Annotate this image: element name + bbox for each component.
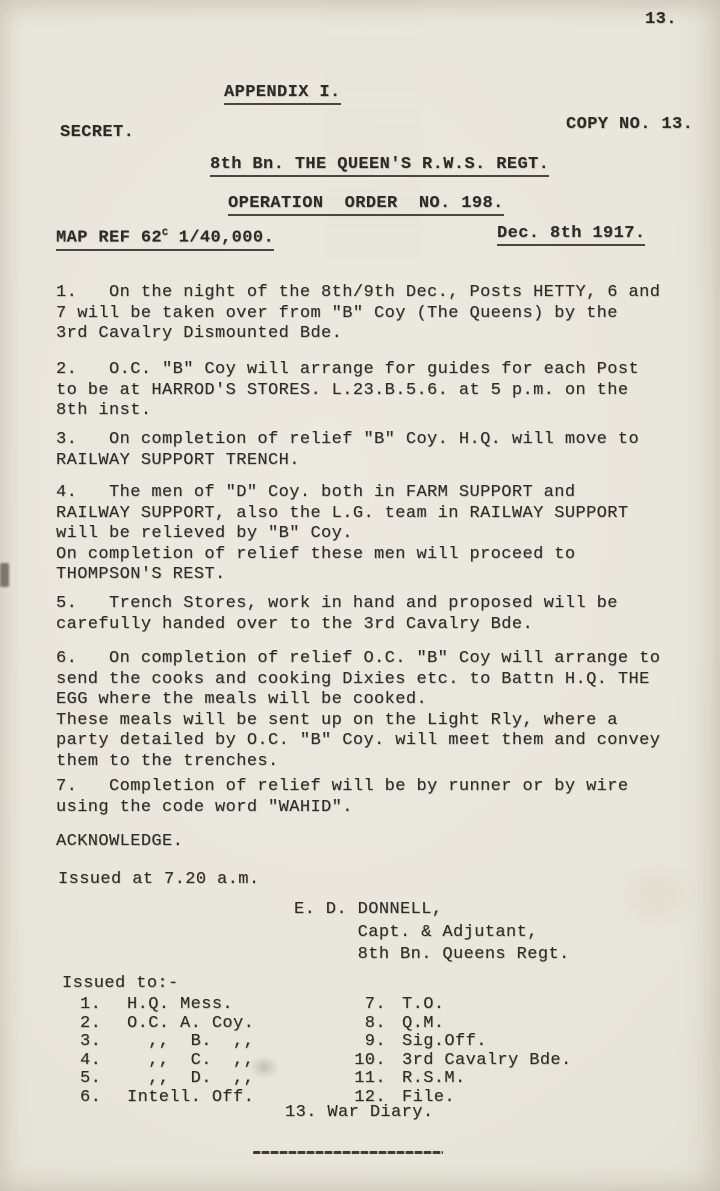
distribution-cell-item2: T.O. (402, 995, 444, 1014)
order-paragraph-2: 2. O.C. "B" Coy will arrange for guides … (56, 360, 639, 422)
distribution-cell-item1: ,, C. ,, (127, 1051, 254, 1070)
distribution-cell-n1: 1. (80, 995, 101, 1014)
issued-at-time: Issued at 7.20 a.m. (58, 870, 259, 889)
distribution-row: 3. ,, B. ,,9.Sig.Off. (80, 1032, 640, 1051)
map-reference-scale: 1/40,000. (168, 229, 274, 248)
order-title: OPERATION ORDER NO. 198. (228, 194, 504, 216)
distribution-row: 4. ,, C. ,,10.3rd Cavalry Bde. (80, 1051, 640, 1070)
distribution-cell-item2: 3rd Cavalry Bde. (402, 1051, 572, 1070)
distribution-war-diary: 13. War Diary. (285, 1103, 433, 1122)
order-paragraph-1: 1. On the night of the 8th/9th Dec., Pos… (56, 283, 660, 345)
distribution-cell-item1: H.Q. Mess. (127, 995, 233, 1014)
distribution-cell-item1: ,, B. ,, (127, 1032, 254, 1051)
distribution-heading: Issued to:- (62, 974, 179, 993)
distribution-row: 1.H.Q. Mess.7.T.O. (80, 995, 640, 1014)
distribution-cell-n2: 7. (352, 995, 386, 1014)
distribution-cell-n2: 11. (352, 1069, 386, 1088)
order-paragraph-3: 3. On completion of relief "B" Coy. H.Q.… (56, 430, 639, 471)
ink-bleedthrough-artifact (325, 0, 420, 255)
distribution-cell-n1: 2. (80, 1014, 101, 1033)
edge-ink-mark (0, 563, 9, 587)
appendix-heading: APPENDIX I. (224, 83, 341, 105)
classification-label: SECRET. (60, 123, 134, 142)
distribution-cell-n1: 4. (80, 1051, 101, 1070)
distribution-cell-item1: Intell. Off. (127, 1088, 254, 1107)
paper-stain (600, 845, 715, 945)
order-paragraph-7: 7. Completion of relief will be by runne… (56, 777, 629, 818)
distribution-row: 2.O.C. A. Coy.8.Q.M. (80, 1014, 640, 1033)
distribution-cell-item2: Q.M. (402, 1014, 444, 1033)
distribution-cell-item1: ,, D. ,, (127, 1069, 254, 1088)
map-reference: MAP REF 62C 1/40,000. (56, 228, 274, 251)
order-paragraph-4: 4. The men of "D" Coy. both in FARM SUPP… (56, 483, 629, 586)
distribution-cell-n2: 9. (352, 1032, 386, 1051)
order-paragraph-6: 6. On completion of relief O.C. "B" Coy … (56, 649, 660, 772)
distribution-cell-n2: 8. (352, 1014, 386, 1033)
distribution-cell-n1: 5. (80, 1069, 101, 1088)
copy-number: COPY NO. 13. (566, 115, 693, 134)
distribution-rows: 1.H.Q. Mess.7.T.O.2.O.C. A. Coy.8.Q.M.3.… (80, 995, 640, 1107)
signature-block: E. D. DONNELL, Capt. & Adjutant, 8th Bn.… (294, 899, 570, 967)
distribution-cell-n1: 6. (80, 1088, 101, 1107)
unit-title: 8th Bn. THE QUEEN'S R.W.S. REGT. (210, 155, 549, 177)
order-date: Dec. 8th 1917. (497, 224, 645, 246)
closing-rule (253, 1151, 443, 1154)
distribution-cell-item1: O.C. A. Coy. (127, 1014, 254, 1033)
map-reference-prefix: MAP REF 62 (56, 229, 162, 248)
page-number: 13. (645, 10, 677, 29)
order-paragraph-5: 5. Trench Stores, work in hand and propo… (56, 594, 618, 635)
distribution-cell-item2: Sig.Off. (402, 1032, 487, 1051)
scanned-document-page: 13. APPENDIX I. SECRET. COPY NO. 13. 8th… (0, 0, 720, 1191)
acknowledge-instruction: ACKNOWLEDGE. (56, 832, 183, 851)
distribution-row: 5. ,, D. ,,11.R.S.M. (80, 1069, 640, 1088)
distribution-cell-n1: 3. (80, 1032, 101, 1051)
distribution-cell-n2: 10. (352, 1051, 386, 1070)
distribution-cell-item2: R.S.M. (402, 1069, 466, 1088)
